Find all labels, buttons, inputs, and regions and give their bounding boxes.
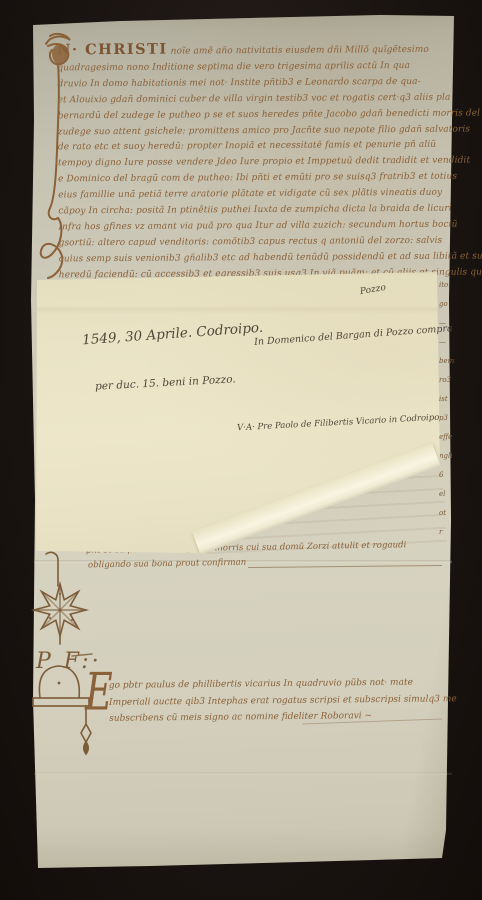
manuscript-photo: N· CHRISTI noĩe amẽ año nativitatis eius… — [0, 0, 482, 900]
text-fragment: ist — [439, 390, 457, 409]
signum-pole — [46, 552, 58, 586]
margin-fragments-column: ito go — — bem ro3 ist p3 effe ngli 6 el… — [439, 276, 457, 542]
text-fragment: 6 — [439, 466, 457, 485]
text-fragment: go — [439, 295, 457, 314]
text-fragment: r — [439, 523, 457, 542]
initial-knot — [52, 44, 68, 64]
text-fragment: bem — [439, 352, 457, 371]
fold-crease — [34, 772, 452, 775]
signum-base-bar — [33, 698, 89, 706]
text-fragment: el — [439, 485, 457, 504]
pendant-drop — [81, 724, 91, 742]
text-fragment: ngli — [439, 447, 457, 466]
text-fragment: — — [439, 333, 457, 352]
text-fragment: ito — [439, 276, 457, 295]
text-fragment: ot — [439, 504, 457, 523]
text-fragment: ro3 — [439, 371, 457, 390]
text-fragment: effe — [439, 428, 457, 447]
manuscript-text-block: N· CHRISTI noĩe amẽ año nativitatis eius… — [57, 40, 457, 284]
flourished-initial-drawing — [36, 30, 82, 282]
text-fragment: p3 — [439, 409, 457, 428]
